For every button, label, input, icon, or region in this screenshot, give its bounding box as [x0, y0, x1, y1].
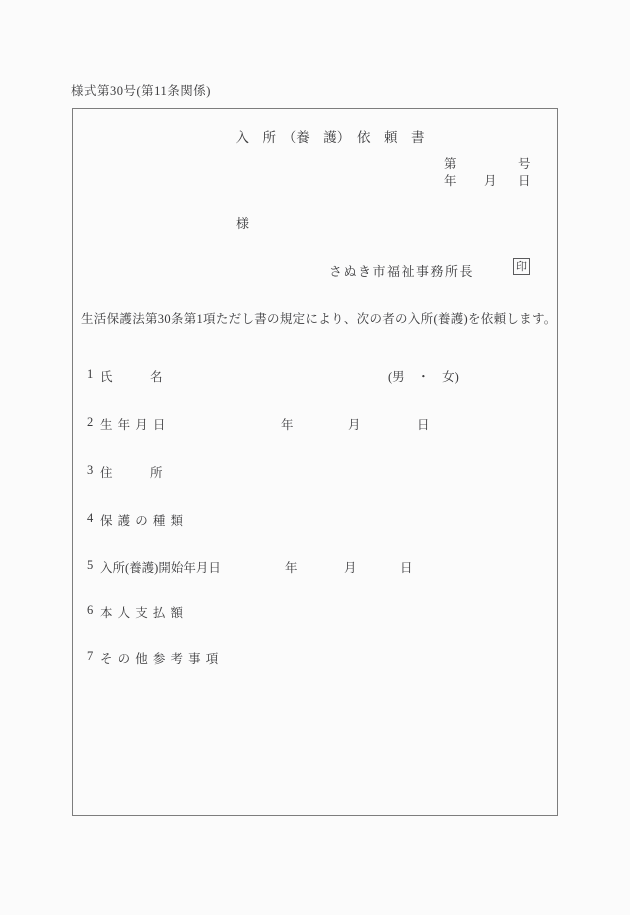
seal-mark: 印	[513, 258, 530, 275]
document-page: 様式第30号(第11条関係) 入 所 （養 護） 依 頼 書 第 号 年 月 日…	[0, 0, 630, 915]
birthdate-year-label: 年	[281, 415, 294, 433]
form-number-label: 様式第30号(第11条関係)	[71, 81, 211, 99]
item-number: 2	[87, 415, 93, 430]
doc-number-prefix: 第	[444, 154, 457, 172]
item-label: 住 所	[100, 463, 163, 481]
item-label: そ の 他 参 考 事 項	[100, 649, 218, 667]
item-label: 生 年 月 日	[100, 415, 165, 433]
header-date-month-label: 月	[484, 171, 497, 189]
birthdate-month-label: 月	[348, 415, 361, 433]
form-border-frame: 入 所 （養 護） 依 頼 書 第 号 年 月 日 様 さぬき市福祉事務所長 印…	[72, 108, 558, 816]
item-number: 4	[87, 511, 93, 526]
form-item-birthdate: 2 生 年 月 日 年 月 日	[73, 415, 557, 432]
addressee-honorific: 様	[236, 213, 249, 232]
form-item-other-remarks: 7 そ の 他 参 考 事 項	[73, 649, 557, 666]
document-title: 入 所 （養 護） 依 頼 書	[88, 126, 572, 146]
item-number: 6	[87, 603, 93, 618]
form-item-personal-payment: 6 本 人 支 払 額	[73, 603, 557, 620]
item-number: 3	[87, 463, 93, 478]
form-item-name: 1 氏 名 (男 ・ 女)	[73, 367, 557, 384]
item-number: 7	[87, 649, 93, 664]
item-label: 本 人 支 払 額	[100, 603, 183, 621]
form-item-address: 3 住 所	[73, 463, 557, 480]
admission-day-label: 日	[400, 558, 413, 576]
sender-title: さぬき市福祉事務所長	[329, 261, 474, 280]
birthdate-day-label: 日	[417, 415, 430, 433]
item-label: 保 護 の 種 類	[100, 511, 183, 529]
item-number: 1	[87, 367, 93, 382]
form-item-protection-type: 4 保 護 の 種 類	[73, 511, 557, 528]
header-date-day-label: 日	[518, 171, 531, 189]
item-label: 氏 名	[100, 367, 163, 385]
request-statement: 生活保護法第30条第1項ただし書の規定により、次の者の入所(養護)を依頼します。	[81, 309, 553, 327]
admission-month-label: 月	[344, 558, 357, 576]
doc-number-suffix: 号	[518, 154, 531, 172]
item-gender-options: (男 ・ 女)	[388, 367, 459, 385]
item-number: 5	[87, 558, 93, 573]
form-item-admission-start-date: 5 入所(養護)開始年月日 年 月 日	[73, 558, 557, 575]
header-date-year-label: 年	[444, 171, 457, 189]
item-label: 入所(養護)開始年月日	[100, 558, 221, 576]
admission-year-label: 年	[285, 558, 298, 576]
